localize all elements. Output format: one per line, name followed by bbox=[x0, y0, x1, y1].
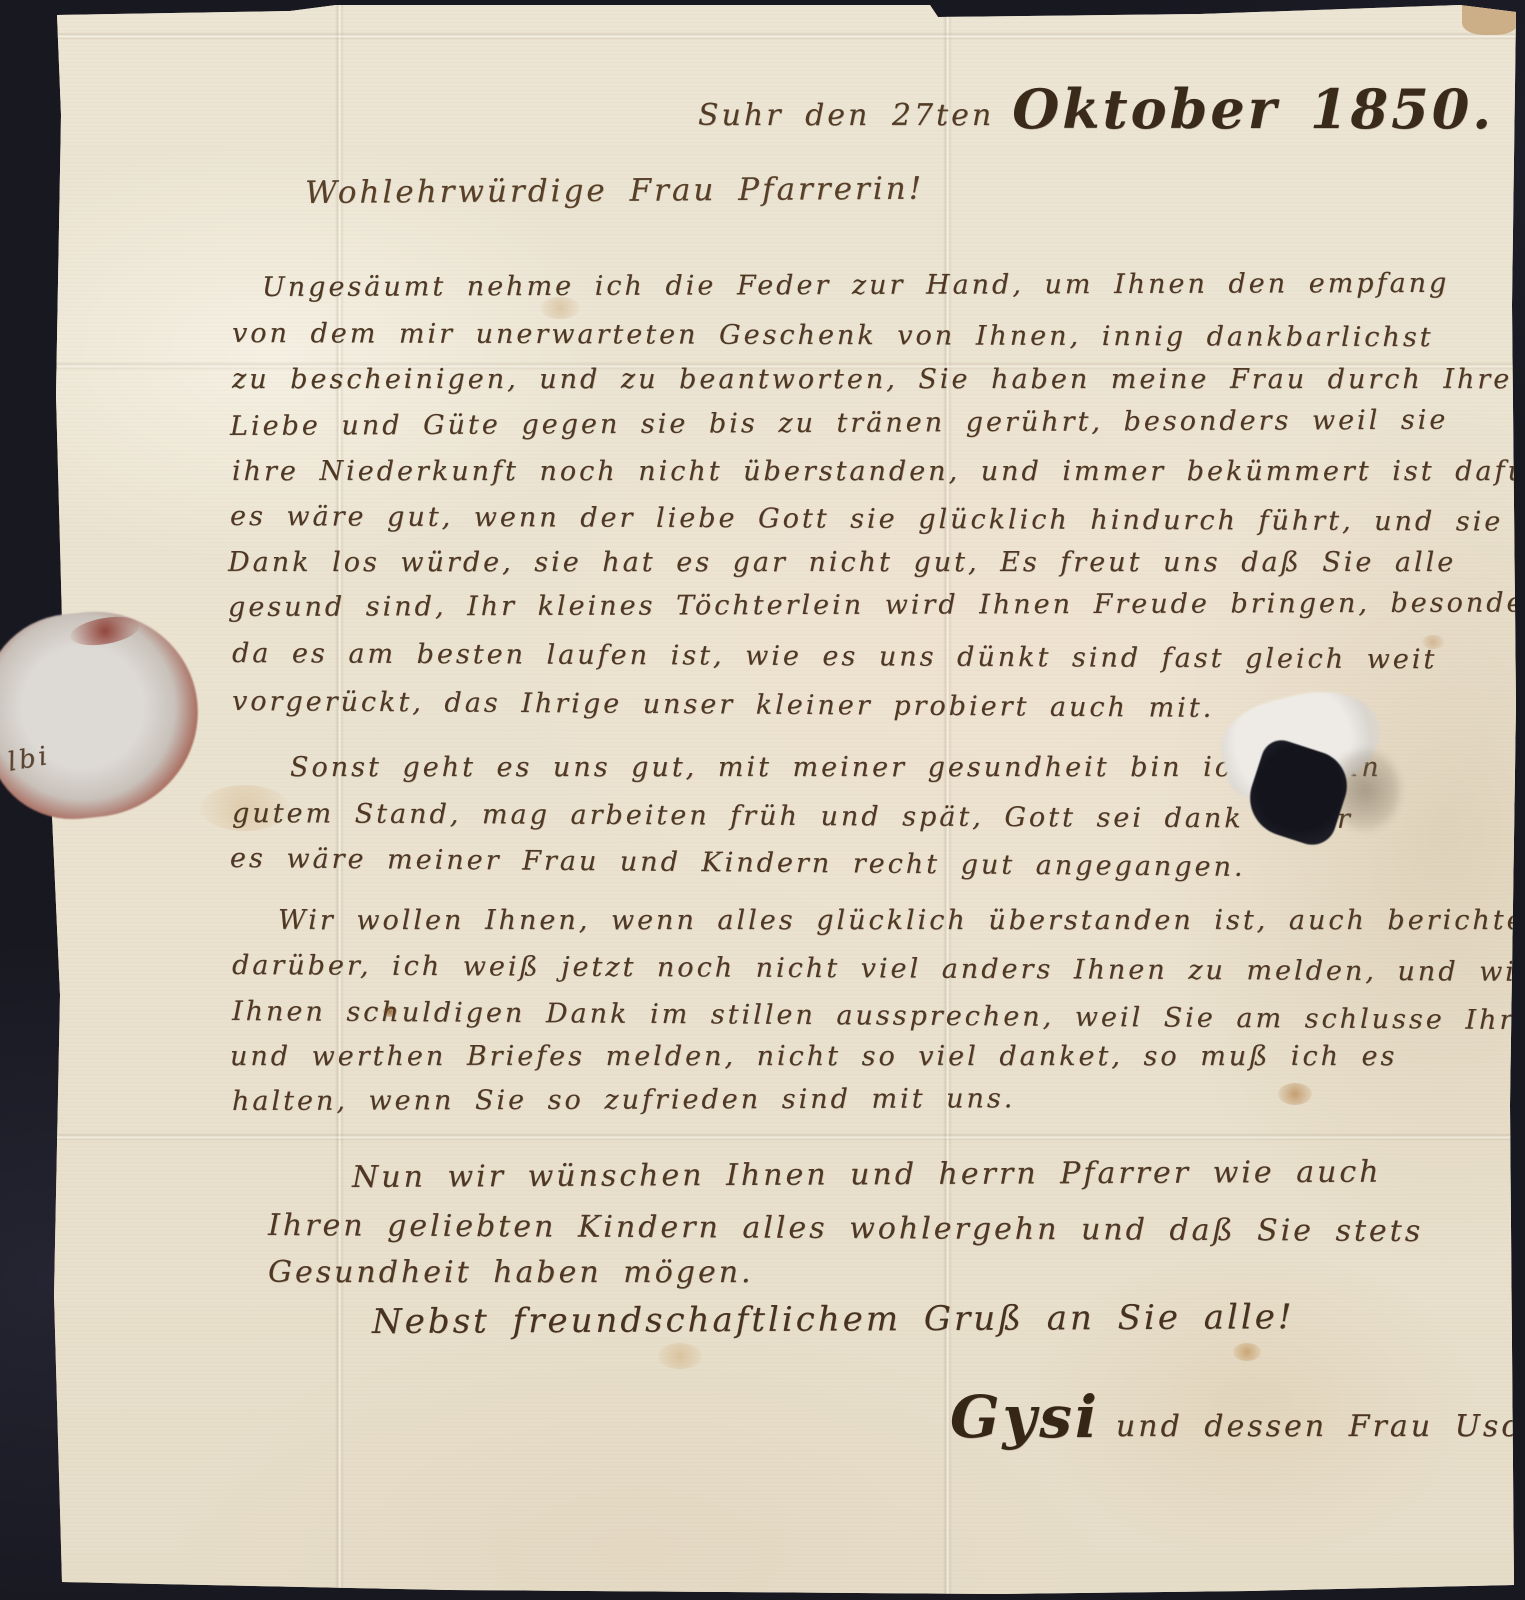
letter-line: von dem mir unerwarteten Geschenk von Ih… bbox=[232, 318, 1434, 353]
letter-line: Liebe und Güte gegen sie bis zu tränen g… bbox=[230, 405, 1449, 442]
letter-line: und werthen Briefes melden, nicht so vie… bbox=[230, 1041, 1397, 1072]
salutation: Wohlehrwürdige Frau Pfarrerin! bbox=[305, 171, 924, 211]
dateline-place: Suhr den 27ten bbox=[698, 98, 994, 141]
letter-paper: Suhr den 27ten Oktober 1850. Wohlehrwürd… bbox=[50, 5, 1518, 1595]
letter-line: es wäre gut, wenn der liebe Gott sie glü… bbox=[230, 501, 1525, 538]
letter-line: Gesundheit haben mögen. bbox=[268, 1255, 754, 1290]
photo-background: Suhr den 27ten Oktober 1850. Wohlehrwürd… bbox=[0, 0, 1525, 1600]
letter-line: Wir wollen Ihnen, wenn alles glücklich ü… bbox=[278, 905, 1525, 936]
stain-spot bbox=[658, 1343, 702, 1369]
signature-name: Gysi bbox=[950, 1383, 1100, 1451]
letter-line: es wäre meiner Frau und Kindern recht gu… bbox=[230, 843, 1246, 883]
signature-suffix: und dessen Frau Uschli bbox=[1116, 1409, 1525, 1444]
fold-crease-horizontal-top bbox=[50, 32, 1518, 40]
stain-spot bbox=[1278, 1083, 1312, 1105]
letter-line: gutem Stand, mag arbeiten früh und spät,… bbox=[232, 798, 1353, 835]
letter-line: da es am besten laufen ist, wie es uns d… bbox=[232, 638, 1437, 675]
letter-line: Ihren geliebten Kindern alles wohlergehn… bbox=[268, 1208, 1423, 1249]
paper-corner-patch bbox=[1462, 5, 1518, 35]
letter-line: vorgerückt, das Ihrige unser kleiner pro… bbox=[232, 686, 1214, 724]
fold-crease-vertical-right bbox=[943, 5, 952, 1595]
letter-line: Sonst geht es uns gut, mit meiner gesund… bbox=[290, 752, 1382, 783]
letter-line: zu bescheinigen, und zu beantworten, Sie… bbox=[232, 364, 1512, 395]
letter-line: darüber, ich weiß jetzt noch nicht viel … bbox=[232, 950, 1525, 989]
dateline: Suhr den 27ten Oktober 1850. bbox=[698, 77, 1494, 141]
letter-line: Ungesäumt nehme ich die Feder zur Hand, … bbox=[262, 268, 1449, 303]
letter-line: Nun wir wünschen Ihnen und herrn Pfarrer… bbox=[352, 1155, 1382, 1195]
fold-crease-horizontal-lower bbox=[50, 1133, 1518, 1141]
signature: Gysi und dessen Frau Uschli bbox=[950, 1383, 1525, 1451]
letter-line: halten, wenn Sie so zufrieden sind mit u… bbox=[232, 1083, 1015, 1117]
letter-line: Ihnen schuldigen Dank im stillen ausspre… bbox=[232, 996, 1525, 1036]
dateline-date: Oktober 1850. bbox=[1012, 77, 1494, 141]
letter-line: gesund sind, Ihr kleines Töchterlein wir… bbox=[228, 587, 1525, 623]
letter-line: Dank los würde, sie hat es gar nicht gut… bbox=[228, 547, 1456, 578]
closing-line: Nebst freundschaftlichem Gruß an Sie all… bbox=[372, 1297, 1295, 1342]
stain-spot bbox=[1233, 1343, 1261, 1361]
letter-line: ihre Niederkunft noch nicht überstanden,… bbox=[232, 456, 1525, 487]
